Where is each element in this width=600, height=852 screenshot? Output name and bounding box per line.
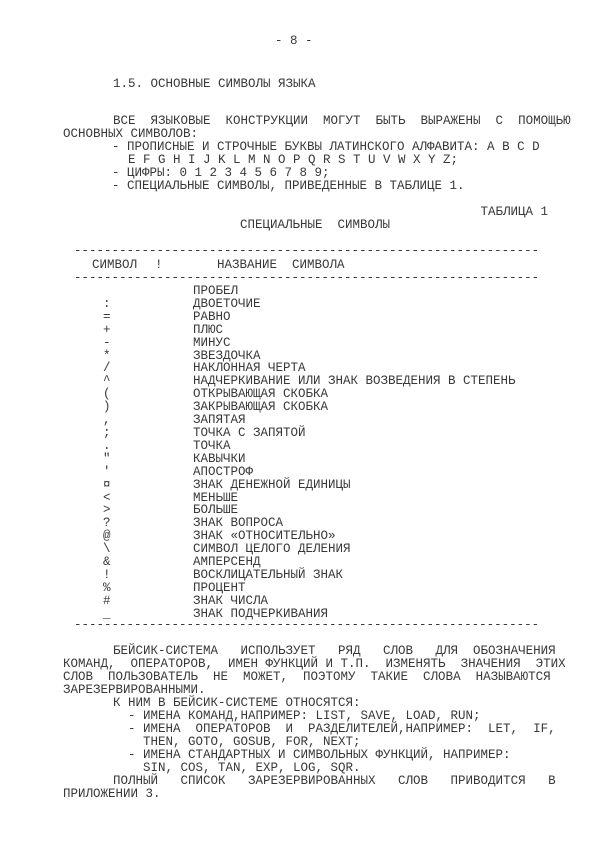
symbol-cell: = — [103, 311, 111, 324]
name-cell: ПЛЮС — [193, 324, 223, 337]
table-row: 'АПОСТРОФ — [0, 466, 600, 479]
symbol-cell: & — [103, 556, 111, 569]
name-cell: МИНУС — [193, 337, 231, 350]
symbol-cell: ' — [103, 466, 111, 479]
table-separator-bottom: ----------------------------------------… — [74, 619, 539, 632]
name-cell: АПОСТРОФ — [193, 466, 253, 479]
name-cell: ВОСКЛИЦАТЕЛЬНЫЙ ЗНАК — [193, 569, 343, 582]
symbol-cell: . — [103, 440, 111, 453]
section-heading: 1.5. ОСНОВНЫЕ СИМВОЛЫ ЯЗЫКА — [113, 78, 316, 91]
table-row: +ПЛЮС — [0, 324, 600, 337]
symbol-cell: : — [103, 298, 111, 311]
table-row: ;ТОЧКА С ЗАПЯТОЙ — [0, 427, 600, 440]
page-number: - 8 - — [275, 35, 313, 48]
symbol-cell: # — [103, 595, 111, 608]
name-cell: АМПЕРСЕНД — [193, 556, 261, 569]
document-page: - 8 - 1.5. ОСНОВНЫЕ СИМВОЛЫ ЯЗЫКА ВСЕ ЯЗ… — [0, 0, 600, 852]
name-cell: РАВНО — [193, 311, 231, 324]
table-separator-header: ----------------------------------------… — [74, 272, 539, 285]
name-cell: ДВОЕТОЧИЕ — [193, 298, 261, 311]
symbol-cell: " — [103, 453, 111, 466]
intro-line: - СПЕЦИАЛЬНЫЕ СИМВОЛЫ, ПРИВЕДЕННЫЕ В ТАБ… — [63, 180, 600, 193]
symbol-cell: % — [103, 582, 111, 595]
table-row: =РАВНО — [0, 311, 600, 324]
name-cell: ПРОБЕЛ — [193, 285, 238, 298]
table-row: %ПРОЦЕНТ — [0, 582, 600, 595]
symbol-cell: + — [103, 324, 111, 337]
table-row: )ЗАКРЫВАЮЩАЯ СКОБКА — [0, 401, 600, 414]
name-cell: ТОЧКА С ЗАПЯТОЙ — [193, 427, 306, 440]
name-cell: ЗНАК ДЕНЕЖНОЙ ЕДИНИЦЫ — [193, 479, 351, 492]
name-cell: ТОЧКА — [193, 440, 231, 453]
symbol-cell: ¤ — [103, 479, 111, 492]
name-cell: КАВЫЧКИ — [193, 453, 246, 466]
body-line: ПРИЛОЖЕНИИ 3. — [63, 788, 600, 801]
table-row: -МИНУС — [0, 337, 600, 350]
table-row: <МЕНЬШЕ — [0, 492, 600, 505]
symbols-table: ПРОБЕЛ :ДВОЕТОЧИЕ =РАВНО +ПЛЮС -МИНУС *З… — [0, 285, 600, 621]
body-paragraph: БЕЙСИК-СИСТЕМА ИСПОЛЬЗУЕТ РЯД СЛОВ ДЛЯ О… — [63, 645, 600, 801]
table-title: СПЕЦИАЛЬНЫЕ СИМВОЛЫ — [240, 219, 390, 232]
name-cell: ПРОЦЕНТ — [193, 582, 246, 595]
table-row: \СИМВОЛ ЦЕЛОГО ДЕЛЕНИЯ — [0, 543, 600, 556]
table-row: .ТОЧКА — [0, 440, 600, 453]
table-row: &АМПЕРСЕНД — [0, 556, 600, 569]
table-row: !ВОСКЛИЦАТЕЛЬНЫЙ ЗНАК — [0, 569, 600, 582]
table-row: :ДВОЕТОЧИЕ — [0, 298, 600, 311]
symbol-cell: ! — [103, 569, 111, 582]
name-cell: ЗНАК ЧИСЛА — [193, 595, 268, 608]
table-caption: ТАБЛИЦА 1 — [480, 206, 548, 219]
table-separator-top: ----------------------------------------… — [74, 245, 539, 258]
table-row: "КАВЫЧКИ — [0, 453, 600, 466]
intro-paragraph: ВСЕ ЯЗЫКОВЫЕ КОНСТРУКЦИИ МОГУТ БЫТЬ ВЫРА… — [63, 115, 600, 193]
table-row: >БОЛЬШЕ — [0, 504, 600, 517]
symbol-cell: ; — [103, 427, 111, 440]
table-row: ПРОБЕЛ — [0, 285, 600, 298]
table-row: #ЗНАК ЧИСЛА — [0, 595, 600, 608]
table-row: ¤ЗНАК ДЕНЕЖНОЙ ЕДИНИЦЫ — [0, 479, 600, 492]
symbol-cell: - — [103, 337, 111, 350]
